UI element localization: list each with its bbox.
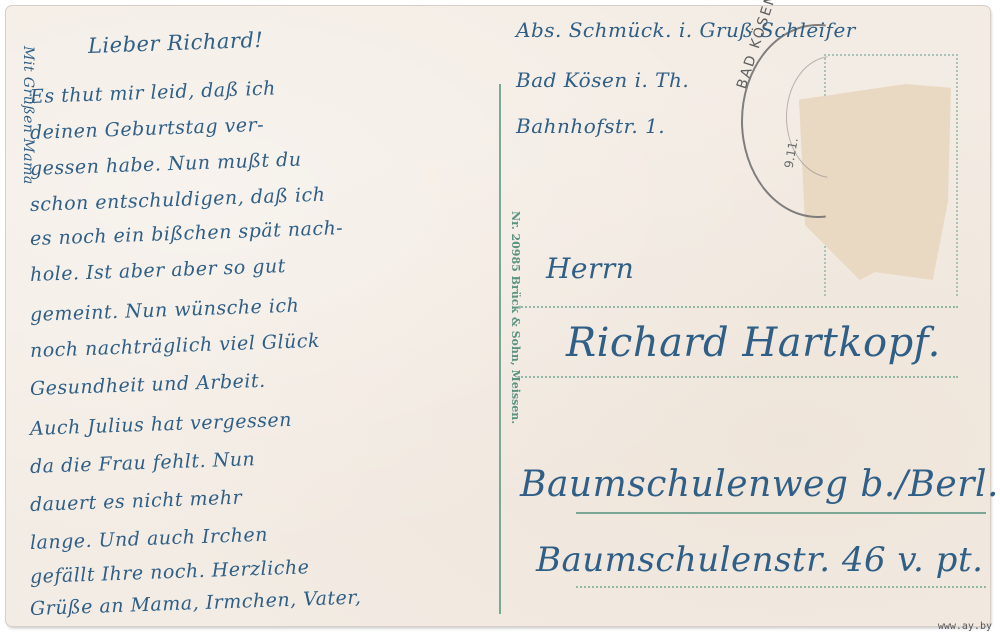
address-rule [518,306,958,308]
message-line: deinen Geburtstag ver- [30,114,265,144]
message-line: Auch Julius hat vergessen [30,409,293,440]
message-line: noch nachträglich viel Glück [30,330,321,362]
address-city: Baumschulenweg b./Berl. [520,464,999,505]
message-line: gessen habe. Nun mußt du [30,149,302,180]
message-line: gefällt Ihre noch. Herzliche [30,556,310,588]
address-rule [518,376,958,378]
salutation: Lieber Richard! [88,28,264,58]
address-street: Baumschulenstr. 46 v. pt. [536,540,983,580]
message-line: schon entschuldigen, daß ich [30,184,326,216]
message-line: dauert es nicht mehr [30,487,243,516]
address-name: Richard Hartkopf. [566,320,941,366]
address-rule [576,586,986,588]
sender-line: Bad Kösen i. Th. [516,68,689,92]
address-title: Herrn [546,252,634,285]
message-line: Gesundheit und Arbeit. [30,370,266,400]
message-line: Grüße an Mama, Irmchen, Vater, [30,586,362,620]
postcard: Mit Grüßen Mama Lieber Richard! Es thut … [6,6,990,626]
message-line: es noch ein bißchen spät nach- [30,217,344,250]
watermark: www.ay.by [938,621,992,632]
message-line: gemeint. Nun wünsche ich [30,295,300,326]
publisher-imprint: Nr. 20985 Brück & Sohn, Meissen. [492,211,522,471]
message-line: lange. Und auch Irchen [30,524,269,554]
message-line: hole. Ist aber aber so gut [30,255,287,286]
sender-line: Bahnhofstr. 1. [516,114,665,138]
message-line: da die Frau fehlt. Nun [30,448,256,478]
message-line: Es thut mir leid, daß ich [30,77,277,108]
sender-line: Abs. Schmück. i. Gruß Schleifer [516,18,856,42]
address-rule [576,512,986,514]
